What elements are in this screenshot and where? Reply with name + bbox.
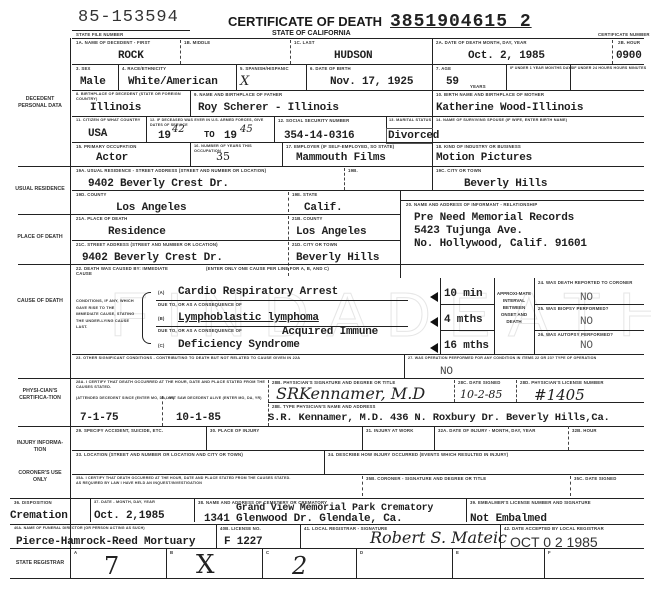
registrar-a-mark: A bbox=[74, 550, 77, 555]
autopsy-value: NO bbox=[580, 340, 593, 352]
death-street-label: 21C. STREET ADDRESS (STREET AND NUMBER O… bbox=[76, 242, 218, 247]
registrar-f-mark: F bbox=[548, 550, 551, 555]
biopsy-value: NO bbox=[580, 316, 593, 328]
date-signed-value: 10-2-85 bbox=[460, 388, 502, 401]
residence-state-value: Calif. bbox=[304, 202, 342, 214]
informant-line-1: Pre Need Memorial Records bbox=[414, 212, 574, 224]
citizen-label: 11. CITIZEN OF WHAT COUNTRY bbox=[76, 118, 141, 123]
funeral-director-value: Pierce-Hamrock-Reed Mortuary bbox=[16, 536, 195, 548]
age-value: 59 bbox=[446, 76, 459, 88]
race-label: 4. RACE/ETHNICITY bbox=[122, 66, 166, 71]
coroner-reported-value: NO bbox=[580, 292, 593, 304]
informant-line-2: 5423 Tujunga Ave. bbox=[414, 225, 523, 237]
local-registrar-signature: Robert S. Mateic bbox=[370, 528, 507, 547]
cause-label: 22. DEATH WAS CAUSED BY: IMMEDIATE CAUSE bbox=[76, 266, 176, 276]
state-file-label: STATE FILE NUMBER bbox=[76, 32, 123, 37]
cause-a-mark: (A) bbox=[158, 290, 165, 295]
cause-b-arrow-icon bbox=[430, 317, 438, 327]
residence-city-value: Beverly Hills bbox=[464, 178, 547, 190]
certificate-number-label: CERTIFICATE NUMBER bbox=[598, 32, 650, 37]
first-name-value: ROCK bbox=[118, 50, 144, 62]
dob-value: Nov. 17, 1925 bbox=[330, 76, 413, 88]
years-label: 16. NUMBER OF YEARS THIS OCCUPATION bbox=[194, 144, 274, 154]
section-decedent-personal-data: DECEDENT PERSONAL DATA bbox=[12, 96, 68, 110]
attended-since-label: (ATTENDED DECEDENT SINCE (ENTER MO, DA, … bbox=[76, 396, 174, 400]
certificate-number: 3851904615 2 bbox=[390, 12, 532, 32]
industry-label: 18. KIND OF INDUSTRY OR BUSINESS bbox=[436, 144, 521, 149]
registrar-b-value: X bbox=[196, 550, 215, 580]
death-street-value: 9402 Beverly Crest Dr. bbox=[82, 252, 223, 264]
injury-describe-label: 34. DESCRIBE HOW INJURY OCCURRED (EVENTS… bbox=[328, 452, 508, 457]
cause-c-interval: 16 mths bbox=[444, 340, 489, 352]
section-coroner-use-only: CORONER'S USE ONLY bbox=[12, 470, 68, 484]
informant-label: 20. NAME AND ADDRESS OF INFORMANT - RELA… bbox=[406, 202, 537, 207]
race-value: White/American bbox=[128, 76, 218, 88]
residence-street-value: 9402 Beverly Crest Dr. bbox=[88, 178, 229, 190]
injury-at-work-label: 31. INJURY AT WORK bbox=[366, 428, 414, 433]
military-to-prefix: 19 bbox=[224, 130, 237, 142]
death-certificate: FINDADEATH 85-153594 STATE FILE NUMBER C… bbox=[0, 0, 651, 600]
section-cause-of-death: CAUSE OF DEATH bbox=[12, 298, 68, 305]
military-from-value: 42 bbox=[172, 124, 185, 135]
due-to-label-2: DUE TO, OR AS A CONSEQUENCE OF bbox=[158, 328, 242, 333]
date-signed-label: 28C. DATE SIGNED bbox=[458, 380, 501, 385]
date-of-death-value: Oct. 2, 1985 bbox=[468, 50, 545, 62]
registrar-a-value: 7 bbox=[104, 552, 119, 580]
disposition-date-value: Oct. 2,1985 bbox=[94, 510, 164, 522]
informant-line-3: No. Hollywood, Calif. 91601 bbox=[414, 238, 587, 250]
marital-value: Divorced bbox=[388, 130, 439, 142]
hour-label: 2B. HOUR bbox=[618, 40, 640, 45]
coroner-date-label: 35C. DATE SIGNED bbox=[574, 476, 617, 481]
funeral-director-label: 40A. NAME OF FUNERAL DIRECTOR (OR PERSON… bbox=[14, 526, 145, 530]
due-to-label-1: DUE TO, OR AS A CONSEQUENCE OF bbox=[158, 302, 242, 307]
death-city-value: Beverly Hills bbox=[296, 252, 379, 264]
cause-c-value: Deficiency Syndrome bbox=[178, 339, 300, 351]
hour-value: 0900 bbox=[616, 50, 642, 62]
father-value: Roy Scherer - Illinois bbox=[198, 102, 339, 114]
residence-street-label: 19A. USUAL RESIDENCE - STREET ADDRESS (S… bbox=[76, 168, 266, 173]
cause-c-mark: (C) bbox=[158, 343, 165, 348]
sex-value: Male bbox=[80, 76, 106, 88]
registrar-d-mark: D bbox=[360, 550, 363, 555]
autopsy-label: 26. WAS AUTOPSY PERFORMED? bbox=[538, 332, 613, 337]
certificate-title: CERTIFICATE OF DEATH bbox=[228, 14, 382, 29]
disposition-date-label: 37. DATE - MONTH, DAY, YEAR bbox=[94, 500, 155, 504]
hispanic-label: 5. SPANISH/HISPANIC bbox=[240, 66, 289, 71]
cause-c-arrow-icon bbox=[430, 343, 438, 353]
father-label: 9. NAME AND BIRTHPLACE OF FATHER bbox=[194, 92, 282, 97]
cause-instruction: (ENTER ONLY ONE CAUSE PER LINE FOR A, B,… bbox=[206, 266, 329, 271]
under-1-year-label: IF UNDER 1 YEAR MONTHS DAYS bbox=[510, 66, 574, 70]
cause-c-line1: Acquired Immune bbox=[282, 326, 378, 338]
employer-value: Mammouth Films bbox=[296, 152, 386, 164]
dob-label: 6. DATE OF BIRTH bbox=[310, 66, 351, 71]
injury-date-label: 32A. DATE OF INJURY - MONTH, DAY, YEAR bbox=[438, 428, 536, 433]
ssn-label: 12. SOCIAL SECURITY NUMBER bbox=[278, 118, 349, 123]
funeral-license-label: 40B. LICENSE NO. bbox=[220, 526, 261, 531]
employer-label: 17. EMPLOYER (IF SELF-EMPLOYED, SO STATE… bbox=[286, 144, 394, 149]
injury-specify-label: 29. SPECIFY ACCIDENT, SUICIDE, ETC. bbox=[76, 428, 163, 433]
industry-value: Motion Pictures bbox=[436, 152, 532, 164]
middle-name-label: 1B. MIDDLE bbox=[184, 40, 210, 45]
coroner-reported-label: 24. WAS DEATH REPORTED TO CORONER bbox=[538, 280, 638, 285]
registrar-c-mark: C bbox=[266, 550, 269, 555]
physician-name-label: 28E. TYPE PHYSICIAN'S NAME AND ADDRESS bbox=[272, 404, 376, 409]
mother-value: Katherine Wood-Illinois bbox=[436, 102, 583, 114]
first-name-label: 1A. NAME OF DECEDENT - FIRST bbox=[76, 40, 150, 45]
funeral-license-value: F 1227 bbox=[224, 536, 262, 548]
place-of-death-value: Residence bbox=[108, 226, 166, 238]
physician-license-label: 28D. PHYSICIAN'S LICENSE NUMBER bbox=[520, 380, 604, 385]
section-state-registrar: STATE REGISTRAR bbox=[12, 560, 68, 567]
injury-hour-label: 32B. HOUR bbox=[572, 428, 597, 433]
occupation-label: 15. PRIMARY OCCUPATION bbox=[76, 144, 137, 149]
section-place-of-death: PLACE OF DEATH bbox=[12, 234, 68, 241]
spouse-label: 14. NAME OF SURVIVING SPOUSE (IF WIFE, E… bbox=[436, 118, 641, 123]
last-name-value: HUDSON bbox=[334, 50, 372, 62]
residence-city-label: 19C. CITY OR TOWN bbox=[436, 168, 481, 173]
cause-a-value: Cardio Respiratory Arrest bbox=[178, 286, 338, 298]
interval-label: APPROXI-MATE INTERVAL BETWEEN ONSET AND … bbox=[496, 290, 532, 325]
hispanic-mark: X bbox=[240, 74, 249, 89]
death-county-label: 21B. COUNTY bbox=[292, 216, 323, 221]
injury-place-label: 30. PLACE OF INJURY bbox=[210, 428, 259, 433]
registrar-c-value: 2 bbox=[292, 552, 307, 580]
cause-b-mark: (B) bbox=[158, 316, 165, 321]
occupation-value: Actor bbox=[96, 152, 128, 164]
under-24-hours-label: IF UNDER 24 HOURS HOURS MINUTES bbox=[573, 66, 646, 70]
embalmer-label: 39. EMBALMER'S LICENSE NUMBER AND SIGNAT… bbox=[470, 500, 591, 505]
death-county-value: Los Angeles bbox=[296, 226, 366, 238]
physician-signature: SRKennamer, M.D bbox=[276, 384, 425, 403]
marital-label: 13. MARITAL STATUS bbox=[389, 118, 431, 122]
other-conditions-label: 23. OTHER SIGNIFICANT CONDITIONS - CONTR… bbox=[76, 356, 300, 360]
cause-a-arrow-icon bbox=[430, 292, 438, 302]
birthplace-value: Illinois bbox=[90, 102, 141, 114]
section-injury-information: INJURY INFORMA-TION bbox=[12, 440, 68, 454]
sex-label: 3. SEX bbox=[76, 66, 91, 71]
section-physician-certification: PHYSI-CIAN'S CERTIFICA-TION bbox=[12, 388, 68, 402]
mother-label: 10. BIRTH NAME AND BIRTHPLACE OF MOTHER bbox=[436, 92, 544, 97]
disposition-label: 36. DISPOSITION bbox=[14, 500, 52, 505]
certificate-subtitle: STATE OF CALIFORNIA bbox=[272, 30, 351, 37]
ssn-value: 354-14-0316 bbox=[284, 130, 354, 142]
birthplace-label: 8. BIRTHPLACE OF DECEDENT (STATE OR FORE… bbox=[76, 92, 186, 102]
physician-certify-label: 28A. I CERTIFY THAT DEATH OCCURRED AT TH… bbox=[76, 380, 272, 390]
cause-b-value: Lymphoblastic lymphoma bbox=[178, 312, 319, 324]
physician-name-value: S.R. Kennamer, M.D. 436 N. Roxbury Dr. B… bbox=[268, 412, 610, 424]
date-accepted-label: 42. DATE ACCEPTED BY LOCAL REGISTRAR bbox=[504, 526, 604, 531]
years-value: 35 bbox=[216, 150, 230, 163]
military-to-value: 45 bbox=[240, 124, 253, 135]
state-file-number: 85-153594 bbox=[78, 8, 179, 27]
cause-b-interval: 4 mths bbox=[444, 314, 482, 326]
last-seen-value: 10-1-85 bbox=[176, 412, 221, 424]
last-name-label: 1C. LAST bbox=[294, 40, 315, 45]
attended-since-value: 7-1-75 bbox=[80, 412, 118, 424]
coroner-certify-label: 35A. I CERTIFY THAT DEATH OCCURRED AT TH… bbox=[76, 476, 296, 486]
age-label: 7. AGE bbox=[436, 66, 451, 71]
disposition-value: Cremation bbox=[10, 510, 68, 522]
military-from-prefix: 19 bbox=[158, 130, 171, 142]
operation-value: NO bbox=[440, 366, 453, 378]
cause-a-interval: 10 min bbox=[444, 288, 482, 300]
registrar-b-mark: B bbox=[170, 550, 173, 555]
cause-bracket bbox=[142, 292, 151, 344]
death-city-label: 21D. CITY OR TOWN bbox=[292, 242, 337, 247]
date-of-death-label: 2A. DATE OF DEATH MONTH, DAY, YEAR bbox=[436, 40, 527, 45]
operation-label: 27. WAS OPERATION PERFORMED FOR ANY COND… bbox=[408, 356, 642, 361]
citizen-value: USA bbox=[88, 128, 107, 140]
coroner-signature-label: 35B. CORONER - SIGNATURE AND DEGREE OR T… bbox=[366, 476, 486, 481]
age-unit: YEARS bbox=[470, 84, 486, 89]
biopsy-label: 25. WAS BIOPSY PERFORMED? bbox=[538, 306, 609, 311]
military-to-word: TO bbox=[204, 130, 214, 140]
section-usual-residence: USUAL RESIDENCE bbox=[12, 186, 68, 193]
registrar-e-mark: E bbox=[456, 550, 459, 555]
injury-location-label: 33. LOCATION (STREET AND NUMBER OR LOCAT… bbox=[76, 452, 243, 457]
conditions-label: CONDITIONS, IF ANY, WHICH GAVE RISE TO T… bbox=[76, 298, 138, 331]
place-of-death-label: 21A. PLACE OF DEATH bbox=[76, 216, 127, 221]
last-seen-label: LAST SAW DECEDENT ALIVE (ENTER MO, DA, Y… bbox=[166, 396, 262, 400]
residence-state-label: 19E. STATE bbox=[292, 192, 317, 197]
residence-19b-label: 19B. bbox=[348, 168, 358, 173]
residence-county-label: 19D. COUNTY bbox=[76, 192, 107, 197]
residence-county-value: Los Angeles bbox=[116, 202, 186, 214]
